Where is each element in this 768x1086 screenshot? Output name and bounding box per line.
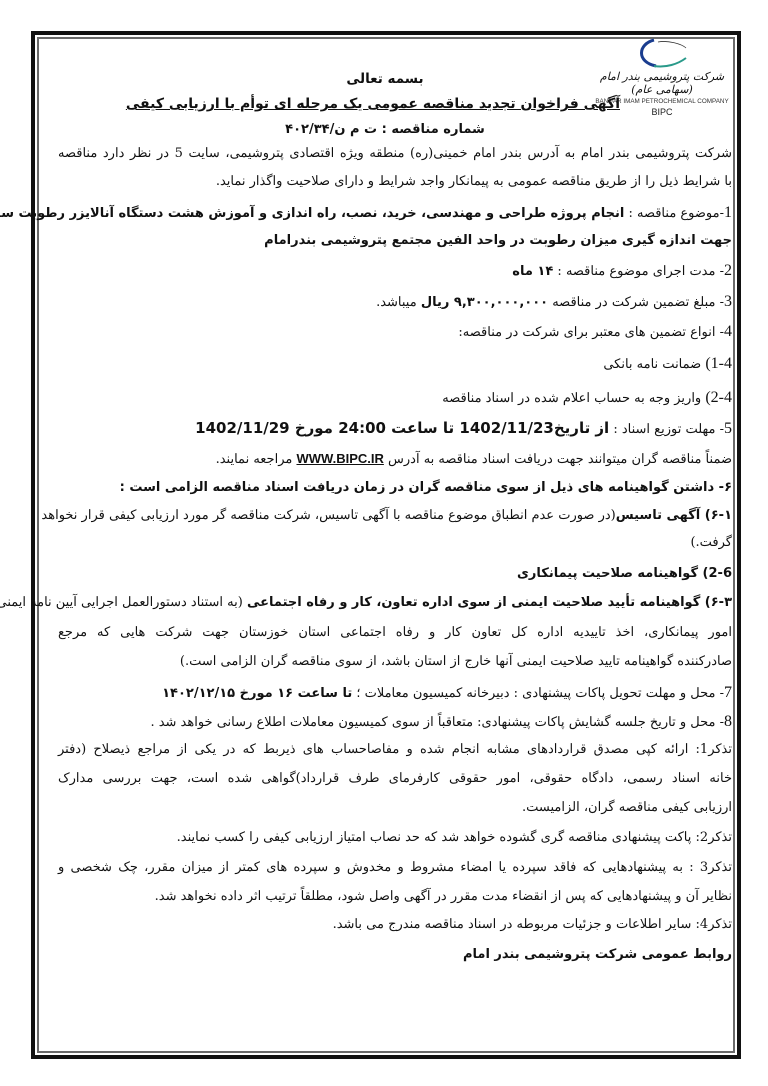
item-6-3-safety-cert: ۶-۳) گواهینامه تأیید صلاحیت ایمنی از سوی… xyxy=(58,595,732,610)
signature: روابط عمومی شرکت پتروشیمی بندر امام xyxy=(463,947,732,962)
item-6-1-registration: ۶-۱) آگهی تاسیس(در صورت عدم انطباق موضوع… xyxy=(58,508,732,523)
item-6-2-contractor-cert: 2-6) گواهینامه صلاحیت پیمانکاری xyxy=(517,566,732,581)
item-6-3-safety-cert-cont-2: صادرکننده گواهینامه تایید صلاحیت ایمنی آ… xyxy=(180,654,732,669)
item-3-guarantee: 3- مبلغ تضمین شرکت در مناقصه ۹,۳۰۰,۰۰۰,۰… xyxy=(376,293,732,311)
note-2: تذکر2: پاکت پیشنهادی مناقصه گری گشوده خو… xyxy=(177,830,732,845)
note-1-cont-2: ارزیابی کیفی مناقصه گران، الزامیست. xyxy=(522,800,732,815)
intro-line-1: شرکت پتروشیمی بندر امام به آدرس بندر اما… xyxy=(58,146,732,161)
note-3: تذکر3 : به پیشنهادهایی که فاقد سپرده یا … xyxy=(58,860,732,875)
item-6-3-safety-cert-cont-1: امور پیمانکاری، اخذ تاییدیه اداره کل تعا… xyxy=(58,625,732,640)
intro-line-2: با شرایط ذیل را از طریق مناقصه عمومی به … xyxy=(216,174,732,189)
note-1-cont-1: خانه اسناد رسمی، دادگاه حقوقی، امور حقوق… xyxy=(58,771,732,786)
document-title: آگهی فراخوان تجدید مناقصه عمومی یک مرحله… xyxy=(150,96,620,112)
item-4-guarantee-types: 4- انواع تضمین های معتبر برای شرکت در من… xyxy=(458,323,732,341)
item-4-1-bank-guarantee: 1-4) ضمانت نامه بانکی xyxy=(603,355,732,373)
note-4: تذکر4: سایر اطلاعات و جزئیات مربوطه در ا… xyxy=(333,917,732,932)
item-6-requirements: ۶- داشتن گواهینامه های ذیل از سوی مناقصه… xyxy=(120,480,732,495)
item-2-duration: 2- مدت اجرای موضوع مناقصه : ۱۴ ماه xyxy=(512,262,732,280)
invocation: بسمه تعالی xyxy=(150,71,620,87)
item-6-1-registration-cont: گرفت.) xyxy=(690,535,732,550)
item-8-opening-session: 8- محل و تاریخ جلسه گشایش پاکات پیشنهادی… xyxy=(150,713,732,731)
item-4-2-deposit: 2-4) واریز وجه به حساب اعلام شده در اسنا… xyxy=(442,389,732,407)
item-5-note: ضمناً مناقصه گران میتوانند جهت دریافت اس… xyxy=(216,451,732,467)
tender-number: شماره مناقصه : ت م ن/۴۰۲/۳۴ xyxy=(150,122,620,137)
website-link[interactable]: WWW.BIPC.IR xyxy=(296,451,383,466)
note-3-cont: نظایر آن و پیشنهادهایی که پس از انقضاء م… xyxy=(155,889,732,904)
item-1-subject: 1-موضوع مناقصه : انجام پروژه طراحی و مهن… xyxy=(58,204,732,222)
item-7-submission: 7- محل و مهلت تحویل پاکات پیشنهادی : دبی… xyxy=(162,684,732,702)
item-5-distribution-deadline: 5- مهلت توزیع اسناد : از تاریخ1402/11/23… xyxy=(195,419,732,438)
logo-swoosh-icon xyxy=(632,36,692,70)
item-1-subject-cont: جهت اندازه گیری میزان رطوبت در واحد الفی… xyxy=(264,233,732,248)
note-1: تذکر1: ارائه کپی مصدق قراردادهای مشابه ا… xyxy=(58,742,732,757)
